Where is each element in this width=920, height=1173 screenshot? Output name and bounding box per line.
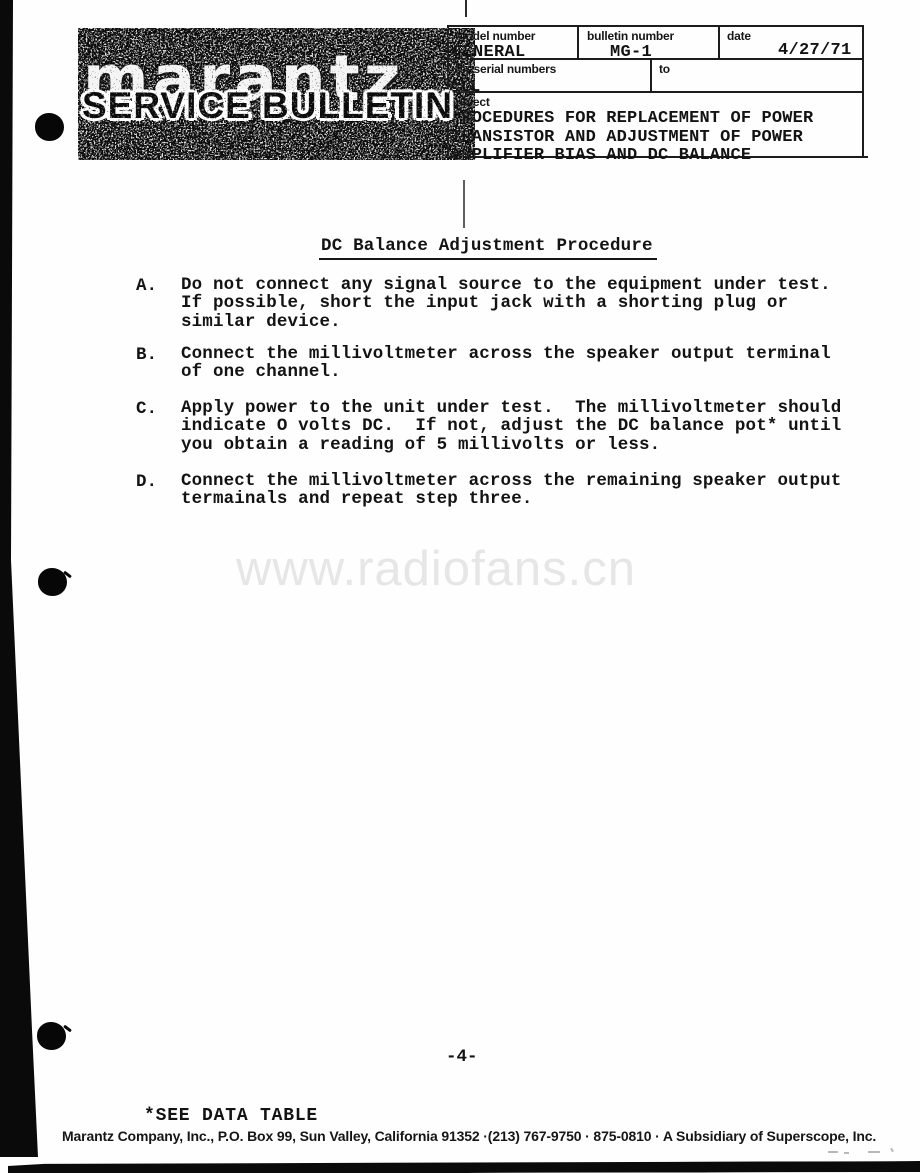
scan-artifact-line (463, 180, 465, 228)
punch-hole (37, 1022, 66, 1050)
page-number: -4- (446, 1047, 478, 1067)
step-text-line: you obtain a reading of 5 millivolts or … (181, 436, 841, 454)
date-label: date (727, 29, 751, 43)
watermark: www.radiofans.cn (236, 541, 636, 597)
table-border (718, 25, 720, 60)
date-value: 4/27/71 (778, 41, 852, 60)
scan-edge-bottom (8, 1161, 920, 1173)
pencil-marks (828, 1148, 898, 1156)
company-address-line: Marantz Company, Inc., P.O. Box 99, Sun … (62, 1128, 876, 1144)
step-text-line: Do not connect any signal source to the … (181, 276, 831, 294)
step-text-line: If possible, short the input jack with a… (181, 294, 831, 312)
step-text-line: termainals and repeat step three. (181, 490, 841, 508)
table-border (650, 58, 652, 93)
step-label: D. (136, 472, 157, 492)
scan-artifact-line (465, 0, 467, 17)
to-label: to (659, 62, 670, 76)
subject-line: TRANSISTOR AND ADJUSTMENT OF POWER (451, 129, 803, 147)
see-data-table-note: *SEE DATA TABLE (144, 1106, 318, 1126)
subject-line: PROCEDURES FOR REPLACEMENT OF POWER (451, 110, 813, 128)
bulletin-number-value: MG-1 (610, 43, 652, 62)
step-text-line: Connect the millivoltmeter across the sp… (181, 345, 831, 363)
scan-edge-left (0, 0, 40, 1157)
bulletin-number-label: bulletin number (587, 29, 674, 43)
step-text-line: similar device. (181, 313, 831, 331)
scanned-page: marantz SERVICE BULLETIN model number bu… (0, 0, 920, 1173)
step-text-line: Connect the millivoltmeter across the re… (181, 472, 841, 490)
table-border (577, 25, 579, 60)
table-border (862, 25, 864, 158)
service-bulletin-title: SERVICE BULLETIN (82, 85, 475, 127)
marantz-logo-box: marantz SERVICE BULLETIN (78, 28, 475, 160)
model-number-label: model number (455, 29, 535, 43)
step-text-line: of one channel. (181, 363, 831, 381)
step-text-line: indicate O volts DC. If not, adjust the … (181, 417, 841, 435)
table-border (447, 25, 863, 27)
step-label: C. (136, 399, 157, 419)
step-text-line: Apply power to the unit under test. The … (181, 399, 841, 417)
subject-line: AMPLIFIER BIAS AND DC BALANCE (451, 147, 751, 165)
table-border (447, 91, 863, 93)
step-label: B. (136, 345, 157, 365)
punch-hole (35, 113, 64, 141)
section-heading: DC Balance Adjustment Procedure (319, 236, 657, 260)
step-label: A. (136, 276, 157, 296)
